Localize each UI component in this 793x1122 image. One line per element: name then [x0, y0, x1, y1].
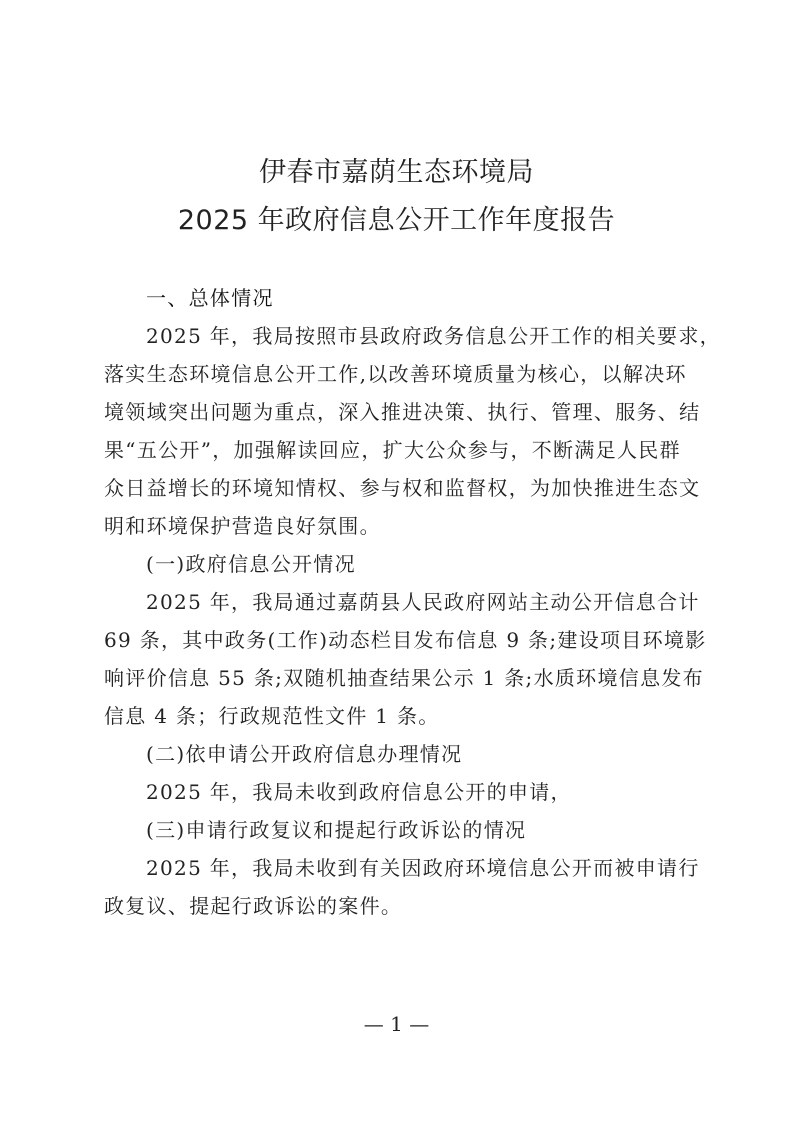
subsection-heading-requests: (二)依申请公开政府信息办理情况: [146, 738, 746, 767]
paragraph-line: 响评价信息 55 条;双随机抽查结果公示 1 条;水质环境信息发布: [104, 662, 704, 691]
paragraph-line: 2025 年，我局按照市县政府政务信息公开工作的相关要求，: [146, 320, 746, 349]
paragraph-line: 众日益增长的环境知情权、参与权和监督权，为加快推进生态文: [104, 472, 704, 501]
document-title-line2: 2025 年政府信息公开工作年度报告: [0, 198, 793, 237]
paragraph-line: 落实生态环境信息公开工作,以改善环境质量为核心，以解决环: [104, 358, 704, 387]
page-number: — 1 —: [0, 1012, 793, 1036]
subsection-heading-review: (三)申请行政复议和提起行政诉讼的情况: [146, 814, 746, 843]
paragraph-line: 果“五公开”，加强解读回应，扩大公众参与，不断满足人民群: [104, 434, 704, 463]
paragraph-line: 69 条，其中政务(工作)动态栏目发布信息 9 条;建设项目环境影: [104, 624, 704, 653]
section-heading-overview: 一、总体情况: [146, 282, 746, 311]
subsection-heading-disclosure: (一)政府信息公开情况: [146, 548, 746, 577]
paragraph-line: 境领域突出问题为重点，深入推进决策、执行、管理、服务、结: [104, 396, 704, 425]
paragraph-line: 2025 年，我局未收到有关因政府环境信息公开而被申请行: [146, 852, 746, 881]
paragraph-line: 政复议、提起行政诉讼的案件。: [104, 890, 704, 919]
document-title-line1: 伊春市嘉荫生态环境局: [0, 150, 793, 189]
paragraph-line: 2025 年，我局通过嘉荫县人民政府网站主动公开信息合计: [146, 586, 746, 615]
paragraph-line: 2025 年，我局未收到政府信息公开的申请，: [146, 776, 746, 805]
paragraph-line: 明和环境保护营造良好氛围。: [104, 510, 704, 539]
paragraph-line: 信息 4 条；行政规范性文件 1 条。: [104, 700, 704, 729]
